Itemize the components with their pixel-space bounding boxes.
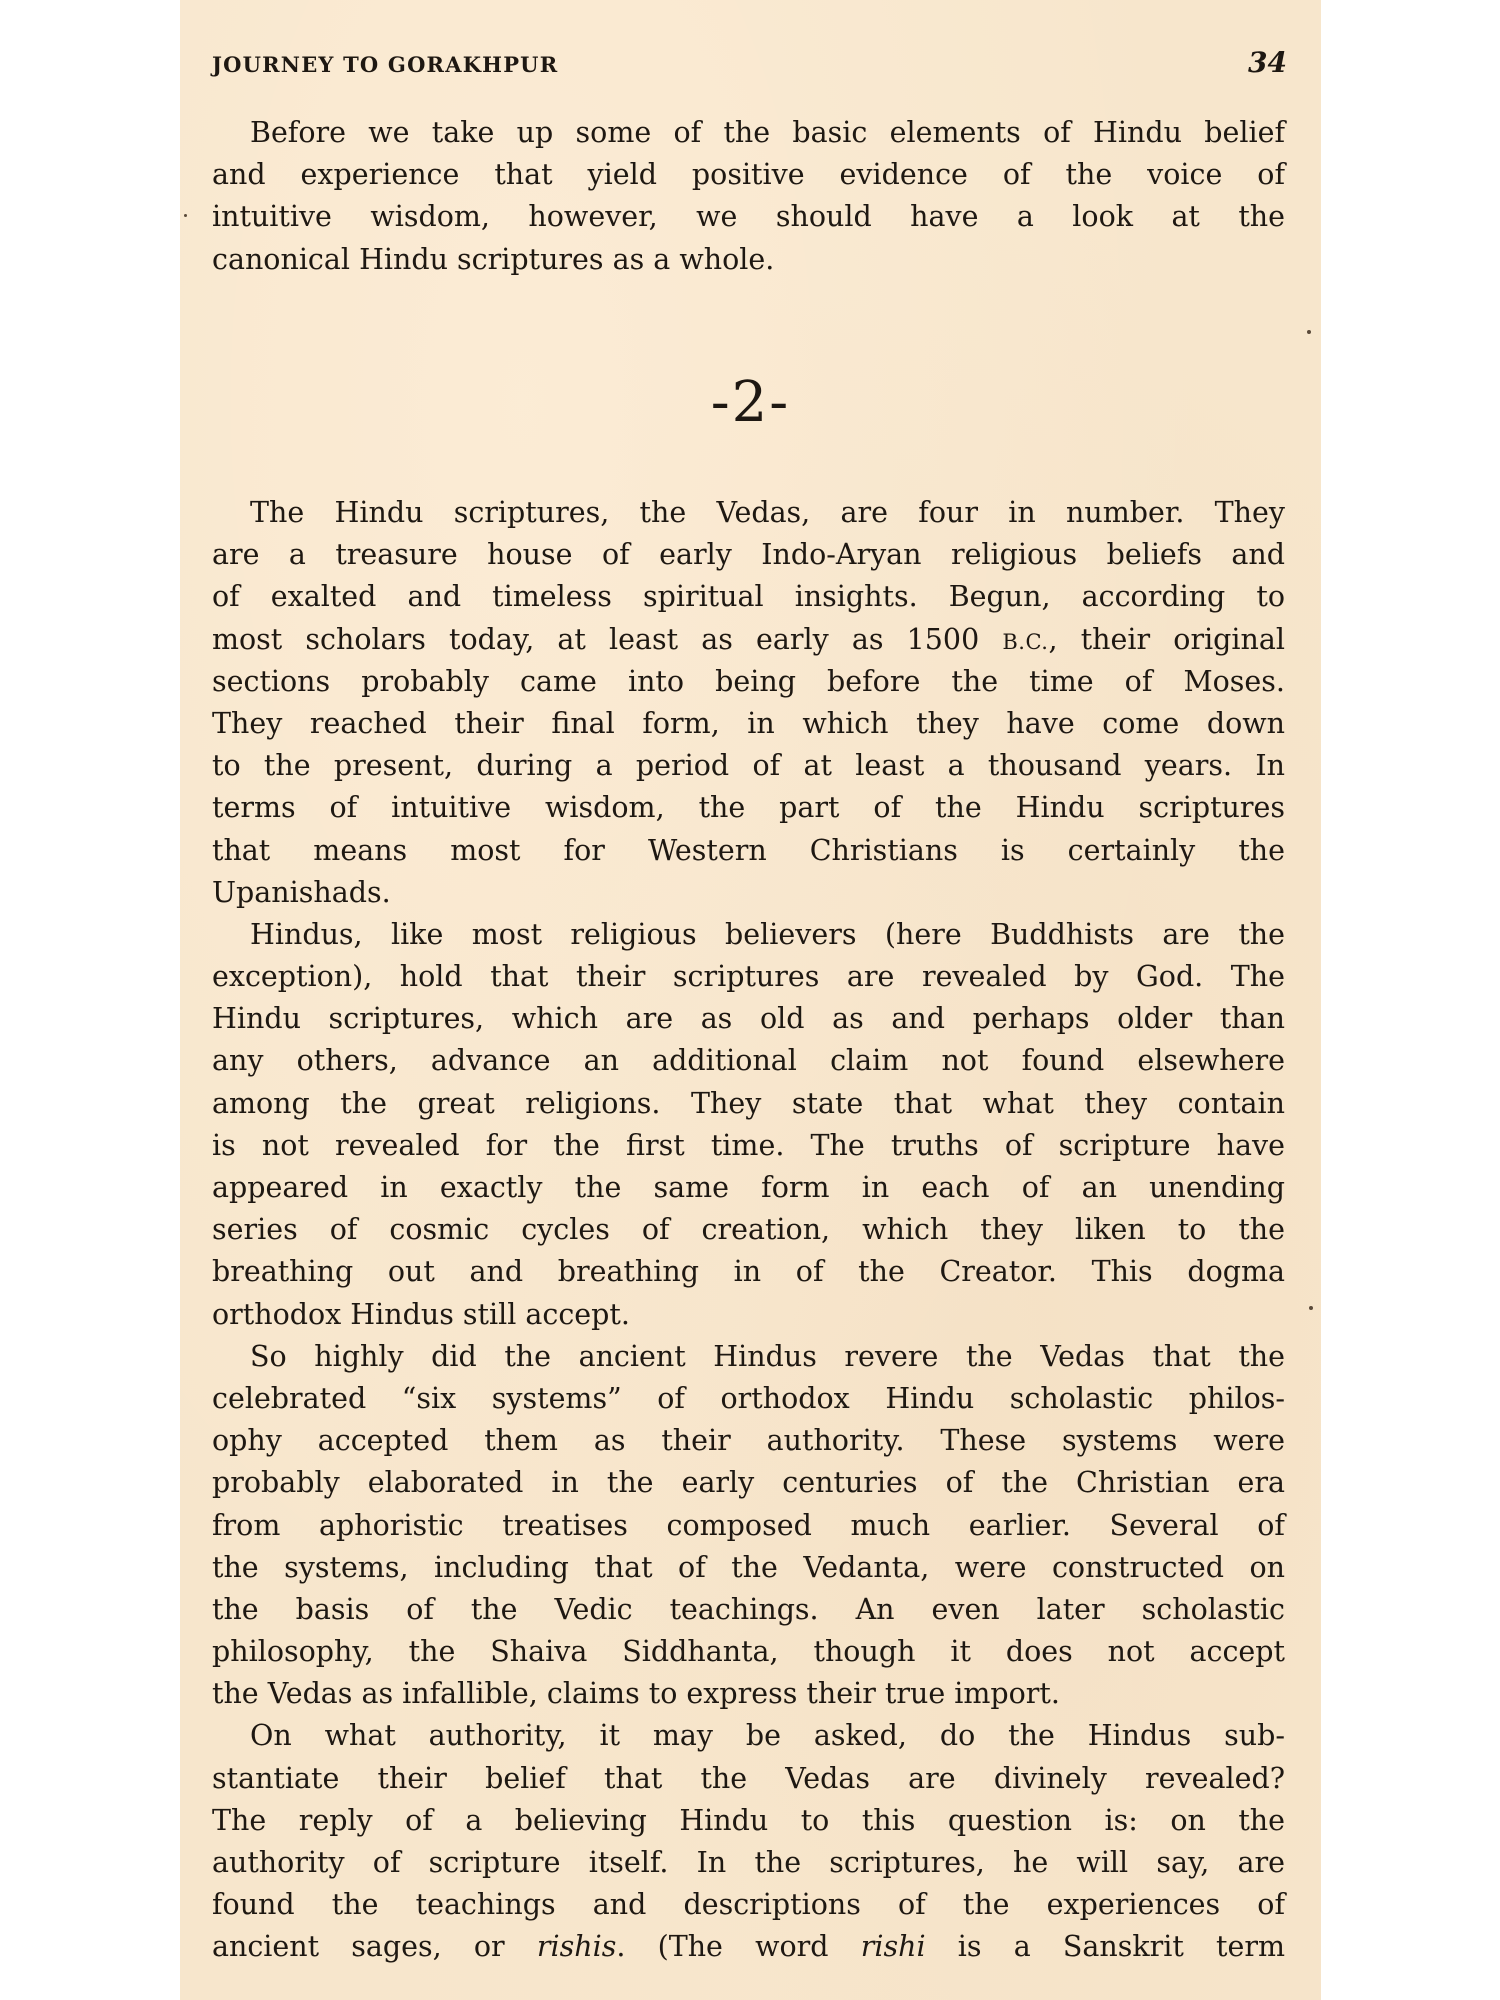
text-run: most scholars today, at least as early a… [212, 623, 1002, 656]
text-line: sections probably came into being before… [212, 661, 1285, 703]
text-line: that means most for Western Christians i… [212, 830, 1285, 872]
text-line: among the great religions. They state th… [212, 1083, 1285, 1125]
text-line: intuitive wisdom, however, we should hav… [212, 196, 1285, 238]
text-line: ancient sages, or rishis. (The word rish… [212, 1926, 1285, 1968]
text-line: appeared in exactly the same form in eac… [212, 1167, 1285, 1209]
italic-term: rishi [861, 1930, 926, 1963]
intro-paragraph: Before we take up some of the basic elem… [212, 112, 1285, 281]
text-line: any others, advance an additional claim … [212, 1040, 1285, 1082]
text-line: On what authority, it may be asked, do t… [212, 1715, 1285, 1757]
text-run: . (The word [616, 1930, 860, 1963]
text-line: ophy accepted them as their authority. T… [212, 1420, 1285, 1462]
text-line: The reply of a believing Hindu to this q… [212, 1800, 1285, 1842]
paper-speck [184, 214, 187, 217]
text-run: ancient sages, or [212, 1930, 537, 1963]
text-line: canonical Hindu scriptures as a whole. [212, 239, 1285, 281]
text-line: series of cosmic cycles of creation, whi… [212, 1209, 1285, 1251]
text-line: terms of intuitive wisdom, the part of t… [212, 787, 1285, 829]
text-line: breathing out and breathing in of the Cr… [212, 1251, 1285, 1293]
paper-speck [1309, 1306, 1313, 1310]
text-run: , their original [1048, 623, 1285, 656]
text-line: from aphoristic treatises composed much … [212, 1505, 1285, 1547]
text-line: philosophy, the Shaiva Siddhanta, though… [212, 1631, 1285, 1673]
text-line: to the present, during a period of at le… [212, 745, 1285, 787]
text-line: stantiate their belief that the Vedas ar… [212, 1758, 1285, 1800]
text-line: The Hindu scriptures, the Vedas, are fou… [212, 492, 1285, 534]
book-page: JOURNEY TO GORAKHPUR 34 Before we take u… [180, 0, 1321, 2000]
text-line: found the teachings and descriptions of … [212, 1884, 1285, 1926]
text-line: Upanishads. [212, 872, 1285, 914]
text-line: Hindu scriptures, which are as old as an… [212, 998, 1285, 1040]
text-line: orthodox Hindus still accept. [212, 1294, 1285, 1336]
text-line: of exalted and timeless spiritual insigh… [212, 576, 1285, 618]
text-line: celebrated “six systems” of orthodox Hin… [212, 1378, 1285, 1420]
italic-term: rishis [537, 1930, 616, 1963]
text-line: Before we take up some of the basic elem… [212, 112, 1285, 154]
section-number: -2- [180, 370, 1321, 435]
running-title: JOURNEY TO GORAKHPUR [212, 52, 558, 77]
text-line: authority of scripture itself. In the sc… [212, 1842, 1285, 1884]
paper-speck [1307, 330, 1311, 334]
text-run: is a Sanskrit term [926, 1930, 1285, 1963]
text-line: Hindus, like most religious believers (h… [212, 914, 1285, 956]
text-line: the systems, including that of the Vedan… [212, 1547, 1285, 1589]
text-line: and experience that yield positive evide… [212, 154, 1285, 196]
text-line: most scholars today, at least as early a… [212, 619, 1285, 661]
page-number: 34 [1248, 46, 1287, 79]
text-line: So highly did the ancient Hindus revere … [212, 1336, 1285, 1378]
running-head: JOURNEY TO GORAKHPUR 34 [212, 52, 1287, 84]
body-text: The Hindu scriptures, the Vedas, are fou… [212, 492, 1285, 1969]
text-line: the Vedas as infallible, claims to expre… [212, 1673, 1285, 1715]
text-line: are a treasure house of early Indo-Aryan… [212, 534, 1285, 576]
text-line: exception), hold that their scriptures a… [212, 956, 1285, 998]
text-line: probably elaborated in the early centuri… [212, 1462, 1285, 1504]
era-abbreviation: B.C. [1002, 630, 1048, 654]
text-line: is not revealed for the first time. The … [212, 1125, 1285, 1167]
text-line: the basis of the Vedic teachings. An eve… [212, 1589, 1285, 1631]
text-line: They reached their final form, in which … [212, 703, 1285, 745]
